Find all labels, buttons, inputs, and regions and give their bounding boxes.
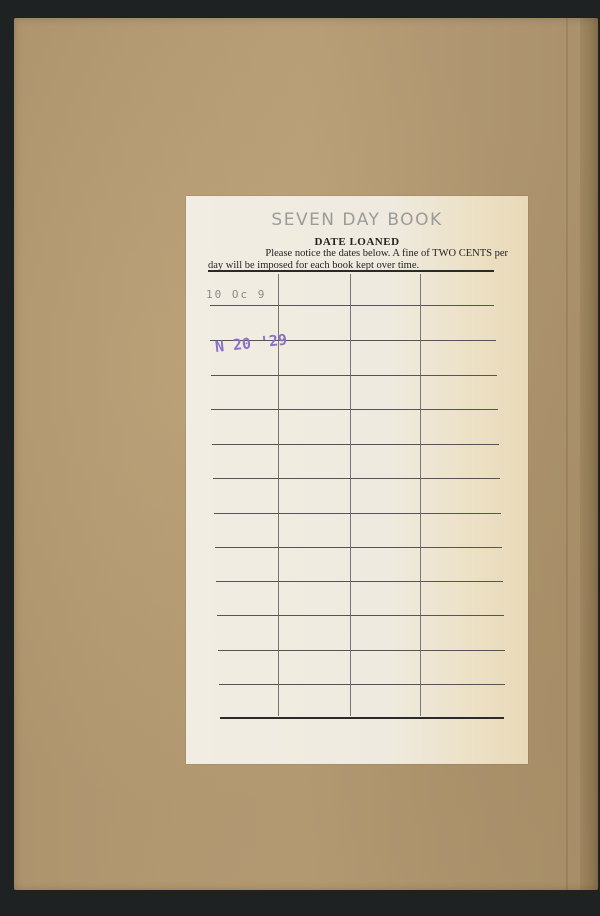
row-rule bbox=[212, 444, 499, 445]
date-due-card: SEVEN DAY BOOK DATE LOANED Please notice… bbox=[186, 196, 528, 764]
row-rule bbox=[213, 478, 500, 479]
loan-date-entry: 10 Oc 9 bbox=[206, 288, 266, 301]
bottom-rule bbox=[220, 717, 504, 719]
date-grid: 10 Oc 9 N 20 '29 bbox=[186, 196, 528, 764]
spine-crease bbox=[566, 18, 568, 890]
hinge-edge bbox=[580, 18, 598, 890]
row-rule bbox=[211, 409, 498, 410]
row-rule bbox=[215, 547, 502, 548]
row-rule bbox=[211, 375, 497, 376]
row-rule bbox=[214, 513, 501, 514]
row-rule bbox=[217, 615, 504, 616]
row-rule bbox=[216, 581, 503, 582]
loan-date-stamp: N 20 '29 bbox=[214, 331, 288, 356]
row-rule bbox=[210, 305, 494, 306]
row-rule bbox=[218, 650, 505, 651]
row-rule bbox=[219, 684, 505, 685]
